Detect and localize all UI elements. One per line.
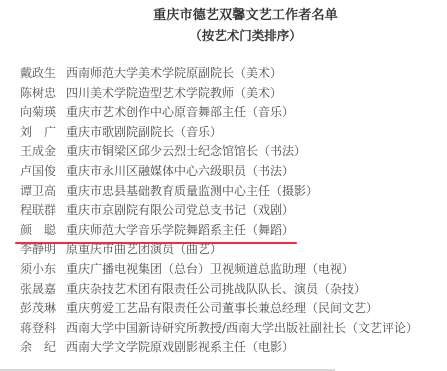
entry-description: 重庆剪爱工艺品有限责任公司董事长兼总经理（民间文艺） [66,301,378,315]
list-item: 王成金重庆市铜梁区邱少云烈士纪念馆馆长（书法） [20,142,418,162]
list-item: 刘 广重庆市歌剧院副院长（音乐） [20,123,418,143]
entry-description: 重庆市艺术创作中心原音舞部主任（音乐） [66,105,294,119]
entry-description: 重庆市歌剧院副院长（音乐） [66,125,222,139]
entry-name: 余 纪 [20,338,66,358]
entry-name: 陈树忠 [20,84,66,104]
entry-name: 程联群 [20,201,66,221]
entry-description: 重庆市永川区融媒体中心六级职员（书法） [66,164,294,178]
document-subtitle: （按艺术门类排序） [0,26,447,44]
list-item: 谭卫高重庆市忠县基础教育质量监测中心主任（摄影） [20,182,418,202]
list-item: 蒋登科西南大学中国新诗研究所教授/西南大学出版社副社长（文艺评论） [20,319,418,339]
highlight-underline [15,242,297,244]
list-item: 张晟嘉重庆杂技艺术团有限责任公司挑战队队长、演员（杂技） [20,280,418,300]
entry-name: 张晟嘉 [20,280,66,300]
entry-name: 须小东 [20,260,66,280]
entry-description: 重庆杂技艺术团有限责任公司挑战队队长、演员（杂技） [66,282,366,296]
entry-description: 四川美术学院造型艺术学院教师（美术） [66,86,282,100]
entry-name: 蒋登科 [20,319,66,339]
list-item: 余 纪西南大学文学院原戏剧影视系主任（电影） [20,338,418,358]
list-item: 戴政生西南师范大学美术学院原副院长（美术） [20,64,418,84]
entry-name: 刘 广 [20,123,66,143]
list-item: 陈树忠四川美术学院造型艺术学院教师（美术） [20,84,418,104]
entry-description: 原重庆市曲艺团演员（曲艺） [66,242,222,256]
entry-description: 西南大学中国新诗研究所教授/西南大学出版社副社长（文艺评论） [66,321,418,335]
list-item-highlighted: 颜 聪重庆师范大学音乐学院舞蹈系主任（舞蹈） [20,221,418,241]
entry-description: 重庆市铜梁区邱少云烈士纪念馆馆长（书法） [66,144,306,158]
list-item: 卢国俊重庆市永川区融媒体中心六级职员（书法） [20,162,418,182]
entry-description: 重庆市忠县基础教育质量监测中心主任（摄影） [66,184,318,198]
entry-name: 卢国俊 [20,162,66,182]
entry-name: 颜 聪 [20,221,66,241]
honoree-list: 戴政生西南师范大学美术学院原副院长（美术） 陈树忠四川美术学院造型艺术学院教师（… [20,64,418,358]
entry-description: 重庆师范大学音乐学院舞蹈系主任（舞蹈） [66,223,294,237]
entry-description: 西南大学文学院原戏剧影视系主任（电影） [66,340,294,354]
entry-name: 谭卫高 [20,182,66,202]
list-item: 彭茂琳重庆剪爱工艺品有限责任公司董事长兼总经理（民间文艺） [20,299,418,319]
entry-name: 向菊瑛 [20,103,66,123]
entry-name: 戴政生 [20,64,66,84]
list-item: 须小东重庆广播电视集团（总台）卫视频道总监助理（电视） [20,260,418,280]
list-item: 向菊瑛重庆市艺术创作中心原音舞部主任（音乐） [20,103,418,123]
entry-description: 重庆市京剧院有限公司党总支书记（戏剧） [66,203,294,217]
entry-name: 彭茂琳 [20,299,66,319]
document-title: 重庆市德艺双馨文艺工作者名单 [0,4,447,23]
list-item: 程联群重庆市京剧院有限公司党总支书记（戏剧） [20,201,418,221]
entry-description: 西南师范大学美术学院原副院长（美术） [66,66,282,80]
entry-name: 王成金 [20,142,66,162]
entry-description: 重庆广播电视集团（总台）卫视频道总监助理（电视） [66,262,354,276]
